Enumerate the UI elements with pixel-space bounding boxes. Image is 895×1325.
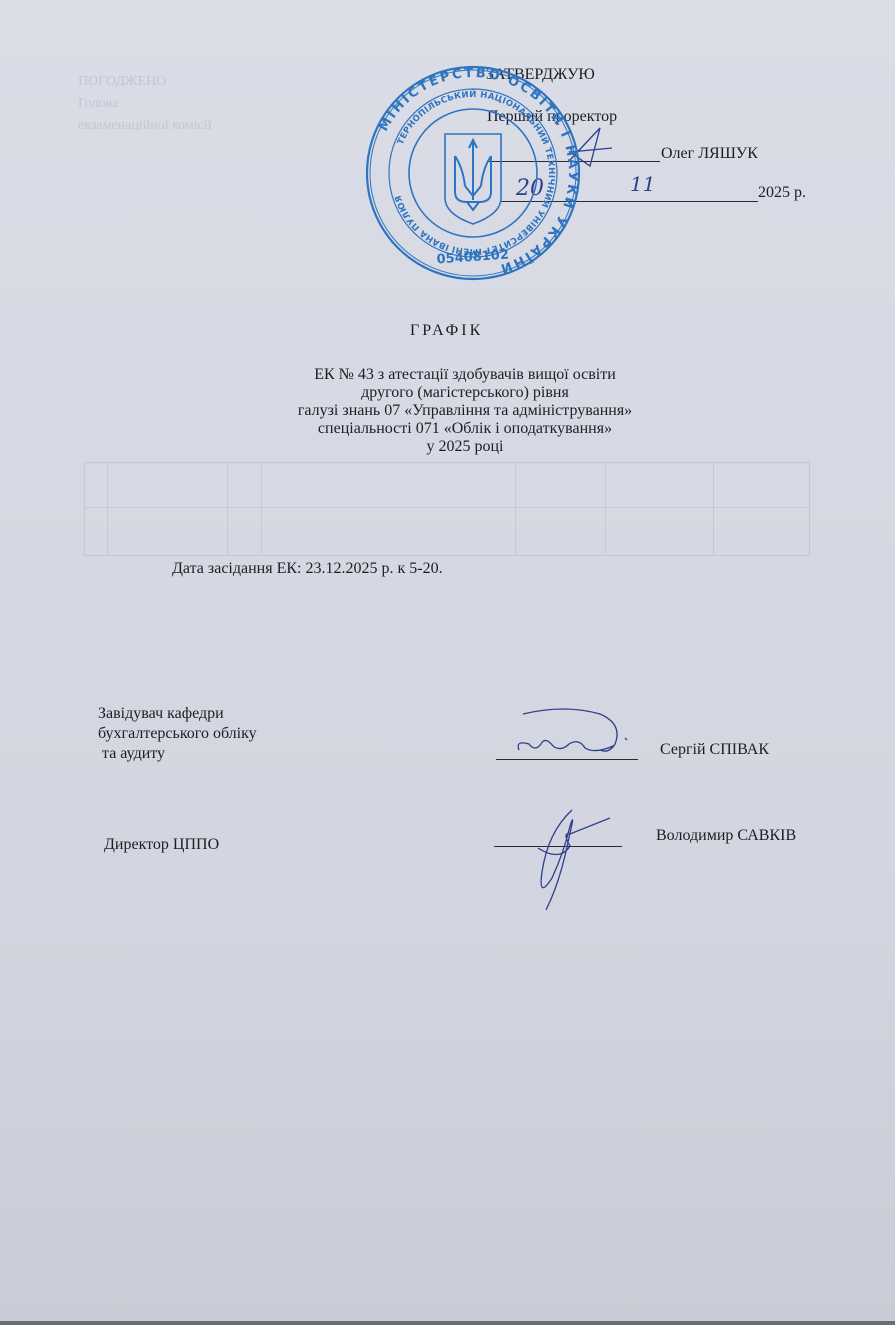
bleed-through-text: екзаменаційної комісії: [78, 118, 212, 134]
university-stamp: МІНІСТЕРСТВО ОСВІТИ І НАУКИ УКРАЇНИ ТЕРН…: [362, 62, 584, 284]
signatory-name: Володимир САВКІВ: [656, 826, 796, 846]
document-subtitle-line: галузі знань 07 «Управління та адміністр…: [215, 402, 715, 420]
signatory-name: Сергій СПІВАК: [660, 740, 769, 760]
signature-spivak: [505, 706, 635, 758]
bleed-through-text: Голова: [78, 96, 118, 112]
bleed-through-table: [84, 462, 810, 556]
approver-name: Олег ЛЯШУК: [661, 145, 758, 163]
signatory-role: Завідувач кафедри бухгалтерського обліку…: [98, 704, 257, 764]
signature-line: [496, 759, 638, 760]
document-page: ПОГОДЖЕНО Голова екзаменаційної комісії …: [0, 0, 895, 1325]
bleed-through-text: ПОГОДЖЕНО: [78, 74, 166, 90]
document-subtitle-line: другого (магістерського) рівня: [215, 384, 715, 402]
page-bottom-edge: [0, 1321, 895, 1325]
document-subtitle-line: у 2025 році: [215, 438, 715, 456]
signature-savkiv: [520, 802, 615, 914]
approval-date-month: 11: [630, 172, 655, 196]
document-subtitle-line: ЕК № 43 з атестації здобувачів вищої осв…: [215, 366, 715, 384]
approval-date-year: 2025 р.: [758, 184, 806, 202]
meeting-date: Дата засідання ЕК: 23.12.2025 р. к 5-20.: [172, 560, 443, 578]
document-title: ГРАФІК: [410, 322, 483, 340]
signatory-role: Директор ЦППО: [104, 835, 219, 855]
document-subtitle-line: спеціальності 071 «Облік і оподаткування…: [215, 420, 715, 438]
